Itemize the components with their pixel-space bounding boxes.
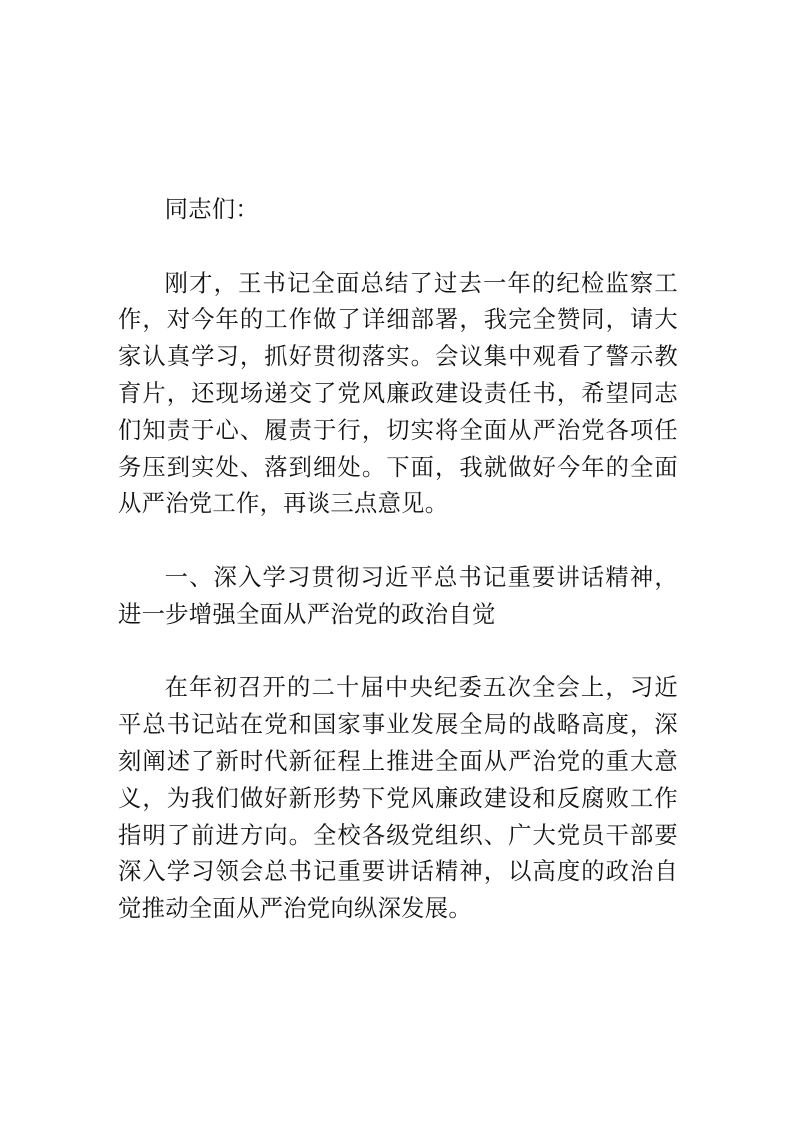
paragraph-spacer	[118, 634, 678, 671]
paragraph-spacer	[118, 523, 678, 560]
section-heading-1: 一、深入学习贯彻习近平总书记重要讲话精神，进一步增强全面从严治党的政治自觉	[118, 560, 678, 634]
salutation: 同志们：	[118, 192, 678, 229]
paragraph-spacer	[118, 229, 678, 266]
intro-paragraph: 刚才，王书记全面总结了过去一年的纪检监察工作，对今年的工作做了详细部署，我完全赞…	[118, 266, 678, 524]
section-1-body-paragraph: 在年初召开的二十届中央纪委五次全会上，习近平总书记站在党和国家事业发展全局的战略…	[118, 670, 678, 928]
document-page: 同志们： 刚才，王书记全面总结了过去一年的纪检监察工作，对今年的工作做了详细部署…	[118, 192, 678, 928]
